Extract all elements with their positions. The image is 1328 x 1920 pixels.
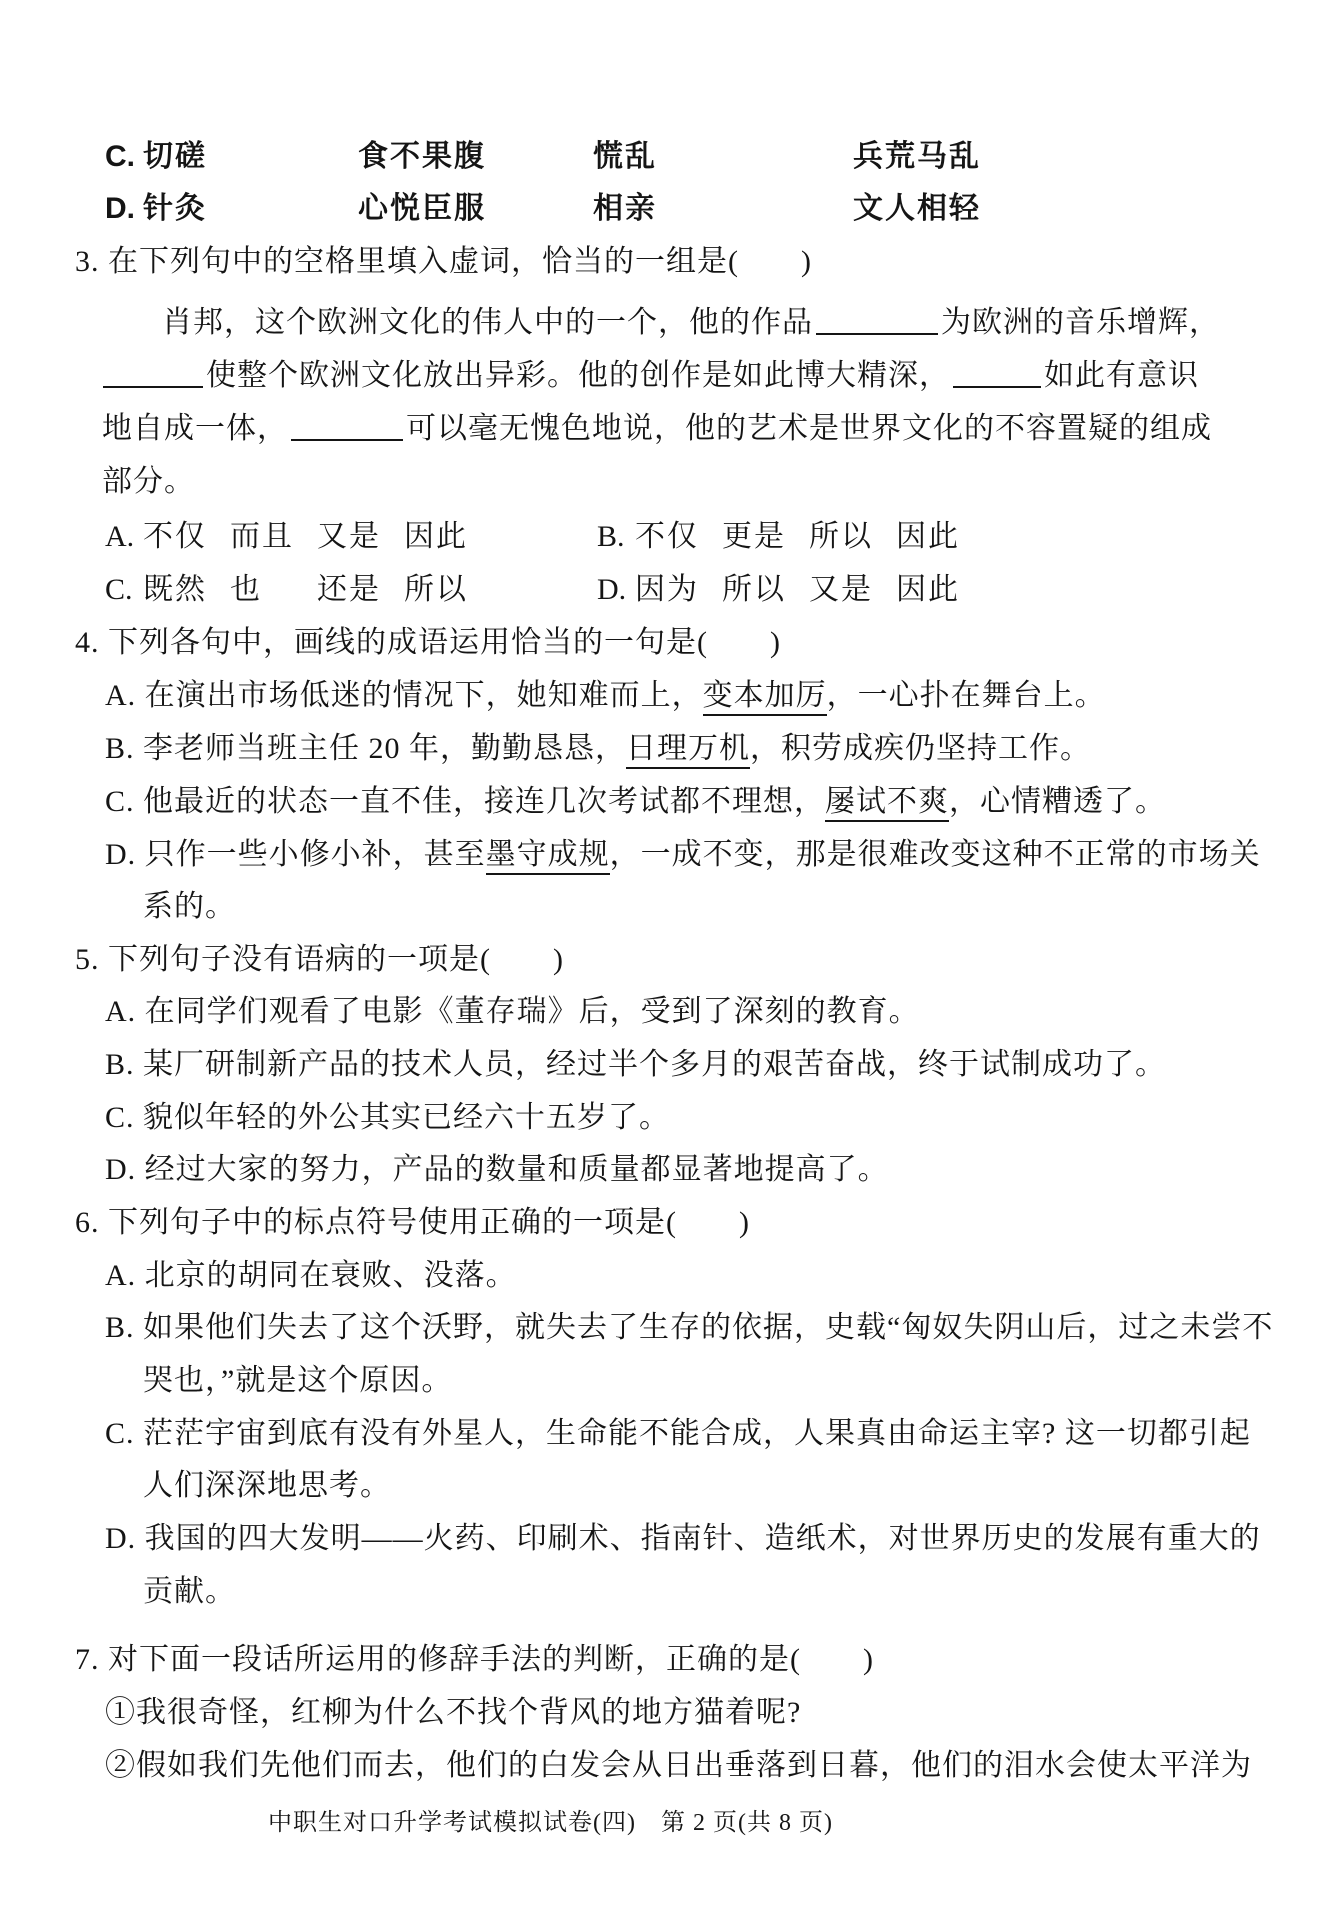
underlined-idiom: 墨守成规	[486, 838, 610, 875]
option-label: D.	[597, 571, 635, 609]
q5-option-a: A. 在同学们观看了电影《董存瑞》后，受到了深刻的教育。	[105, 993, 920, 1031]
underlined-idiom: 变本加厉	[703, 679, 827, 716]
question-4-stem: 4. 下列各句中，画线的成语运用恰当的一句是( )	[75, 624, 781, 662]
exam-paper-page: C.切磋 食不果腹 慌乱 兵荒马乱 D.针灸 心悦臣服 相亲 文人相轻 3. 在…	[0, 0, 1328, 1920]
question-6-stem: 6. 下列句子中的标点符号使用正确的一项是( )	[75, 1204, 750, 1242]
q6-option-a: A. 北京的胡同在衰败、没落。	[105, 1257, 517, 1295]
option-label: C.	[105, 571, 143, 609]
page-footer: 中职生对口升学考试模拟试卷(四) 第 2 页(共 8 页)	[268, 1808, 833, 1838]
question-3-stem: 3. 在下列句中的空格里填入虚词，恰当的一组是( )	[75, 243, 812, 281]
q4-option-a: A. 在演出市场低迷的情况下，她知难而上，变本加厉，一心扑在舞台上。	[105, 677, 1106, 715]
q4-option-b: B. 李老师当班主任 20 年，勤勤恳恳，日理万机，积劳成疾仍坚持工作。	[105, 730, 1091, 768]
vocab-d-word4: 文人相轻	[853, 190, 981, 228]
vocab-c-word2: 食不果腹	[358, 138, 486, 176]
q5-option-c: C. 貌似年轻的外公其实已经六十五岁了。	[105, 1099, 670, 1137]
fill-blank-4	[291, 439, 403, 441]
q6-option-b: B. 如果他们失去了这个沃野，就失去了生存的依据，史载“匈奴失阴山后，过之未尝不	[105, 1309, 1273, 1347]
fill-blank-2	[103, 386, 203, 388]
q4-option-d: D. 只作一些小修小补，甚至墨守成规，一成不变，那是很难改变这种不正常的市场关	[105, 836, 1261, 874]
q6-option-c: C. 茫茫宇宙到底有没有外星人，生命能不能合成，人果真由命运主宰? 这一切都引起	[105, 1415, 1251, 1453]
q3-option-d: D.因为所以又是因此	[597, 571, 983, 609]
option-label-c: C.	[105, 140, 135, 173]
q3-paragraph-line2: 使整个欧洲文化放出异彩。他的创作是如此博大精深，如此有意识	[103, 357, 1199, 395]
vocab-c-word1: C.切磋	[105, 138, 207, 176]
q6-option-c-continuation: 人们深深地思考。	[143, 1467, 391, 1505]
fill-blank-3	[953, 386, 1041, 388]
q3-paragraph-line4: 部分。	[102, 463, 195, 501]
q6-option-d-continuation: 贡献。	[143, 1573, 236, 1611]
q7-sentence-2: ②假如我们先他们而去，他们的白发会从日出垂落到日暮，他们的泪水会使太平洋为	[105, 1747, 1252, 1785]
question-7-stem: 7. 对下面一段话所运用的修辞手法的判断，正确的是( )	[75, 1641, 874, 1679]
q7-sentence-1: ①我很奇怪，红柳为什么不找个背风的地方猫着呢?	[105, 1694, 801, 1732]
fill-blank-1	[816, 333, 938, 335]
question-5-stem: 5. 下列句子没有语病的一项是( )	[75, 941, 564, 979]
vocab-c-word3: 慌乱	[593, 138, 657, 176]
q6-option-b-continuation: 哭也，”就是这个原因。	[143, 1362, 452, 1400]
q5-option-d: D. 经过大家的努力，产品的数量和质量都显著地提高了。	[105, 1151, 889, 1189]
vocab-d-word3: 相亲	[593, 190, 657, 228]
underlined-idiom: 屡试不爽	[825, 785, 949, 822]
vocab-c-word4: 兵荒马乱	[853, 138, 981, 176]
q5-option-b: B. 某厂研制新产品的技术人员，经过半个多月的艰苦奋战，终于试制成功了。	[105, 1046, 1166, 1084]
option-label: B.	[597, 518, 635, 556]
q4-option-d-continuation: 系的。	[143, 888, 236, 926]
vocab-d-word2: 心悦臣服	[358, 190, 486, 228]
q3-paragraph-line3: 地自成一体，可以毫无愧色地说，他的艺术是世界文化的不容置疑的组成	[102, 410, 1212, 448]
q3-paragraph-line1: 肖邦，这个欧洲文化的伟人中的一个，他的作品为欧洲的音乐增辉，	[162, 304, 1220, 342]
option-label: A.	[105, 518, 143, 556]
q3-option-b: B.不仅更是所以因此	[597, 518, 983, 556]
q4-option-c: C. 他最近的状态一直不佳，接连几次考试都不理想，屡试不爽，心情糟透了。	[105, 783, 1166, 821]
q3-option-a: A.不仅而且又是因此	[105, 518, 491, 556]
q6-option-d: D. 我国的四大发明——火药、印刷术、指南针、造纸术，对世界历史的发展有重大的	[105, 1520, 1261, 1558]
option-label-d: D.	[105, 192, 135, 225]
q3-option-c: C.既然也还是所以	[105, 571, 491, 609]
underlined-idiom: 日理万机	[626, 732, 750, 769]
vocab-d-word1: D.针灸	[105, 190, 207, 228]
